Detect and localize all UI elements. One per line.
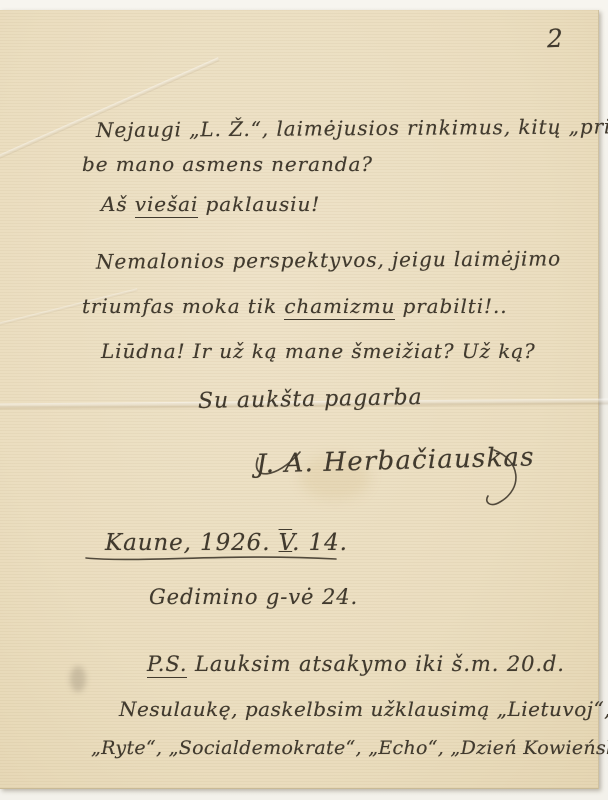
line-text: prabilti!.. — [395, 294, 507, 318]
letter-line: Liūdna! Ir už ką mane šmeižiat? Už ką? — [101, 339, 536, 363]
letter-line: Aš viešai paklausiu! — [101, 192, 320, 216]
underlined-word: viešai — [135, 192, 199, 218]
postscript-line: Nesulaukę, paskelbsim užklausimą „Lietuv… — [119, 697, 608, 721]
letter-scan: 2 Nejaugi „L. Ž.“, laimėjusios rinkimus,… — [0, 0, 608, 800]
line-text: triumfas moka tik — [82, 294, 284, 318]
signature: J. A. Herbačiauskas — [256, 442, 535, 479]
postscript-line: „Ryte“, „Socialdemokrate“, „Echo“, „Dzie… — [91, 737, 608, 759]
fold-crease-diagonal-top — [0, 57, 220, 166]
ps-text: Lauksim atsakymo iki š.m. 20.d. — [187, 652, 564, 676]
letter-line: be mano asmens neranda? — [82, 152, 373, 176]
address-line: Gedimino g-vė 24. — [149, 585, 358, 609]
line-text: Aš — [101, 192, 135, 216]
letter-line: triumfas moka tik chamizmu prabilti!.. — [82, 294, 508, 318]
date-underline — [86, 557, 336, 559]
roman-numeral-month: V — [279, 530, 293, 556]
date-text: Kaune, 1926. — [105, 530, 279, 556]
pencil-smudge — [70, 666, 86, 692]
date-line: Kaune, 1926. V. 14. — [105, 530, 348, 556]
line-text: paklausiu! — [198, 192, 320, 216]
underlined-word: chamizmu — [284, 294, 395, 320]
letter-line: Nejaugi „L. Ž.“, laimėjusios rinkimus, k… — [96, 114, 608, 142]
letter-page: 2 Nejaugi „L. Ž.“, laimėjusios rinkimus,… — [0, 10, 599, 789]
closing-line: Su aukšta pagarba — [198, 385, 423, 414]
postscript-line: P.S. Lauksim atsakymo iki š.m. 20.d. — [147, 652, 565, 676]
page-number: 2 — [546, 24, 564, 54]
date-text: . 14. — [292, 530, 348, 556]
letter-line: Nemalonios perspektyvos, jeigu laimėjimo — [96, 246, 561, 273]
ps-label: P.S. — [147, 652, 187, 678]
